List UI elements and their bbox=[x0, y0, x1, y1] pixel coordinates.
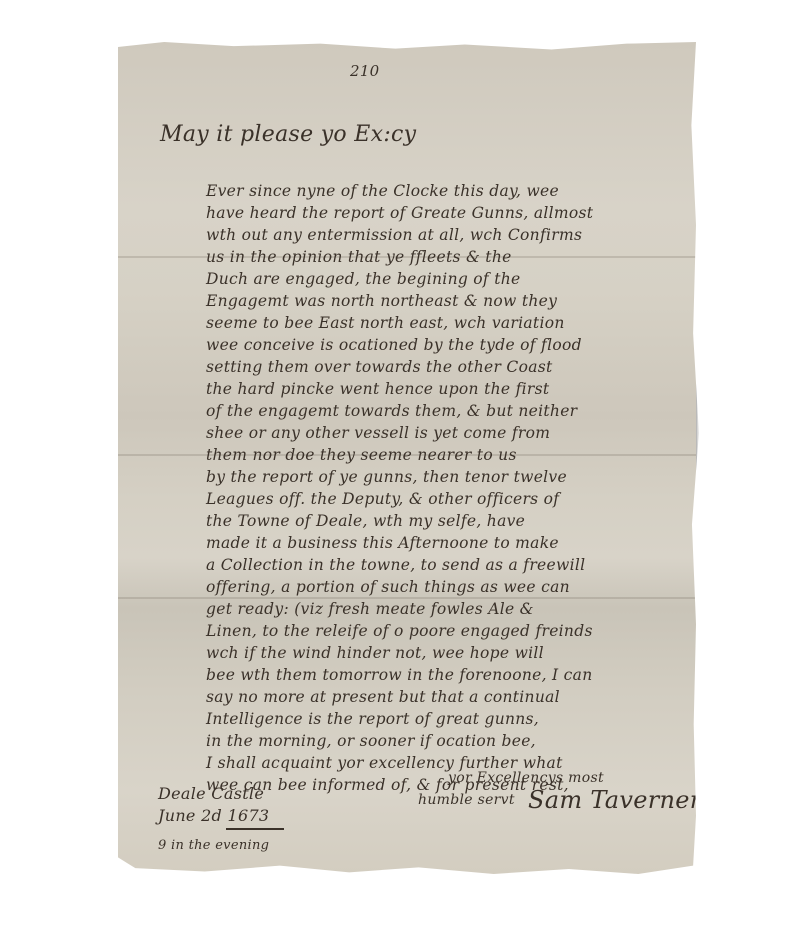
body-line: shee or any other vessell is yet come fr… bbox=[206, 424, 550, 442]
body-line: a Collection in the towne, to send as a … bbox=[206, 556, 585, 574]
body-line: Engagemt was north northeast & now they bbox=[206, 292, 557, 310]
body-line: the Towne of Deale, wth my selfe, have bbox=[206, 512, 525, 530]
body-line: of the engagemt towards them, & but neit… bbox=[206, 402, 577, 420]
body-line: in the morning, or sooner if ocation bee… bbox=[206, 732, 536, 750]
body-line: seeme to bee East north east, wch variat… bbox=[206, 314, 565, 332]
fold-crease bbox=[118, 597, 696, 599]
body-line: bee wth them tomorrow in the forenoone, … bbox=[206, 666, 592, 684]
closing-line: yor Excellencys most bbox=[448, 770, 604, 786]
closing-line: humble servt bbox=[418, 792, 515, 808]
body-line: Duch are engaged, the begining of the bbox=[206, 270, 520, 288]
time-note: 9 in the evening bbox=[158, 838, 269, 853]
body-line: Linen, to the releife of o poore engaged… bbox=[206, 622, 593, 640]
body-line: wch if the wind hinder not, wee hope wil… bbox=[206, 644, 544, 662]
body-line: Leagues off. the Deputy, & other officer… bbox=[206, 490, 559, 508]
body-line: made it a business this Afternoone to ma… bbox=[206, 534, 559, 552]
body-line: wth out any entermission at all, wch Con… bbox=[206, 226, 582, 244]
salutation: May it please yo Ex:cy bbox=[160, 122, 416, 147]
body-line: setting them over towards the other Coas… bbox=[206, 358, 553, 376]
manuscript-page: 210 May it please yo Ex:cy Ever since ny… bbox=[118, 42, 696, 874]
body-line: Intelligence is the report of great gunn… bbox=[206, 710, 539, 728]
signature: Sam Taverner bbox=[528, 786, 702, 814]
body-line: have heard the report of Greate Gunns, a… bbox=[206, 204, 593, 222]
body-line: get ready: (viz fresh meate fowles Ale & bbox=[206, 600, 534, 618]
body-line: wee conceive is ocationed by the tyde of… bbox=[206, 336, 582, 354]
body-line: offering, a portion of such things as we… bbox=[206, 578, 570, 596]
body-line: us in the opinion that ye ffleets & the bbox=[206, 248, 512, 266]
place-line: Deale Castle bbox=[158, 784, 264, 803]
body-line: by the report of ye gunns, then tenor tw… bbox=[206, 468, 567, 486]
body-line: them nor doe they seeme nearer to us bbox=[206, 446, 517, 464]
page-number: 210 bbox=[350, 62, 380, 80]
body-line: the hard pincke went hence upon the firs… bbox=[206, 380, 549, 398]
body-line: say no more at present but that a contin… bbox=[206, 688, 560, 706]
date-line: June 2d 1673 bbox=[158, 806, 269, 825]
body-line: Ever since nyne of the Clocke this day, … bbox=[206, 182, 559, 200]
date-underline bbox=[226, 828, 284, 830]
